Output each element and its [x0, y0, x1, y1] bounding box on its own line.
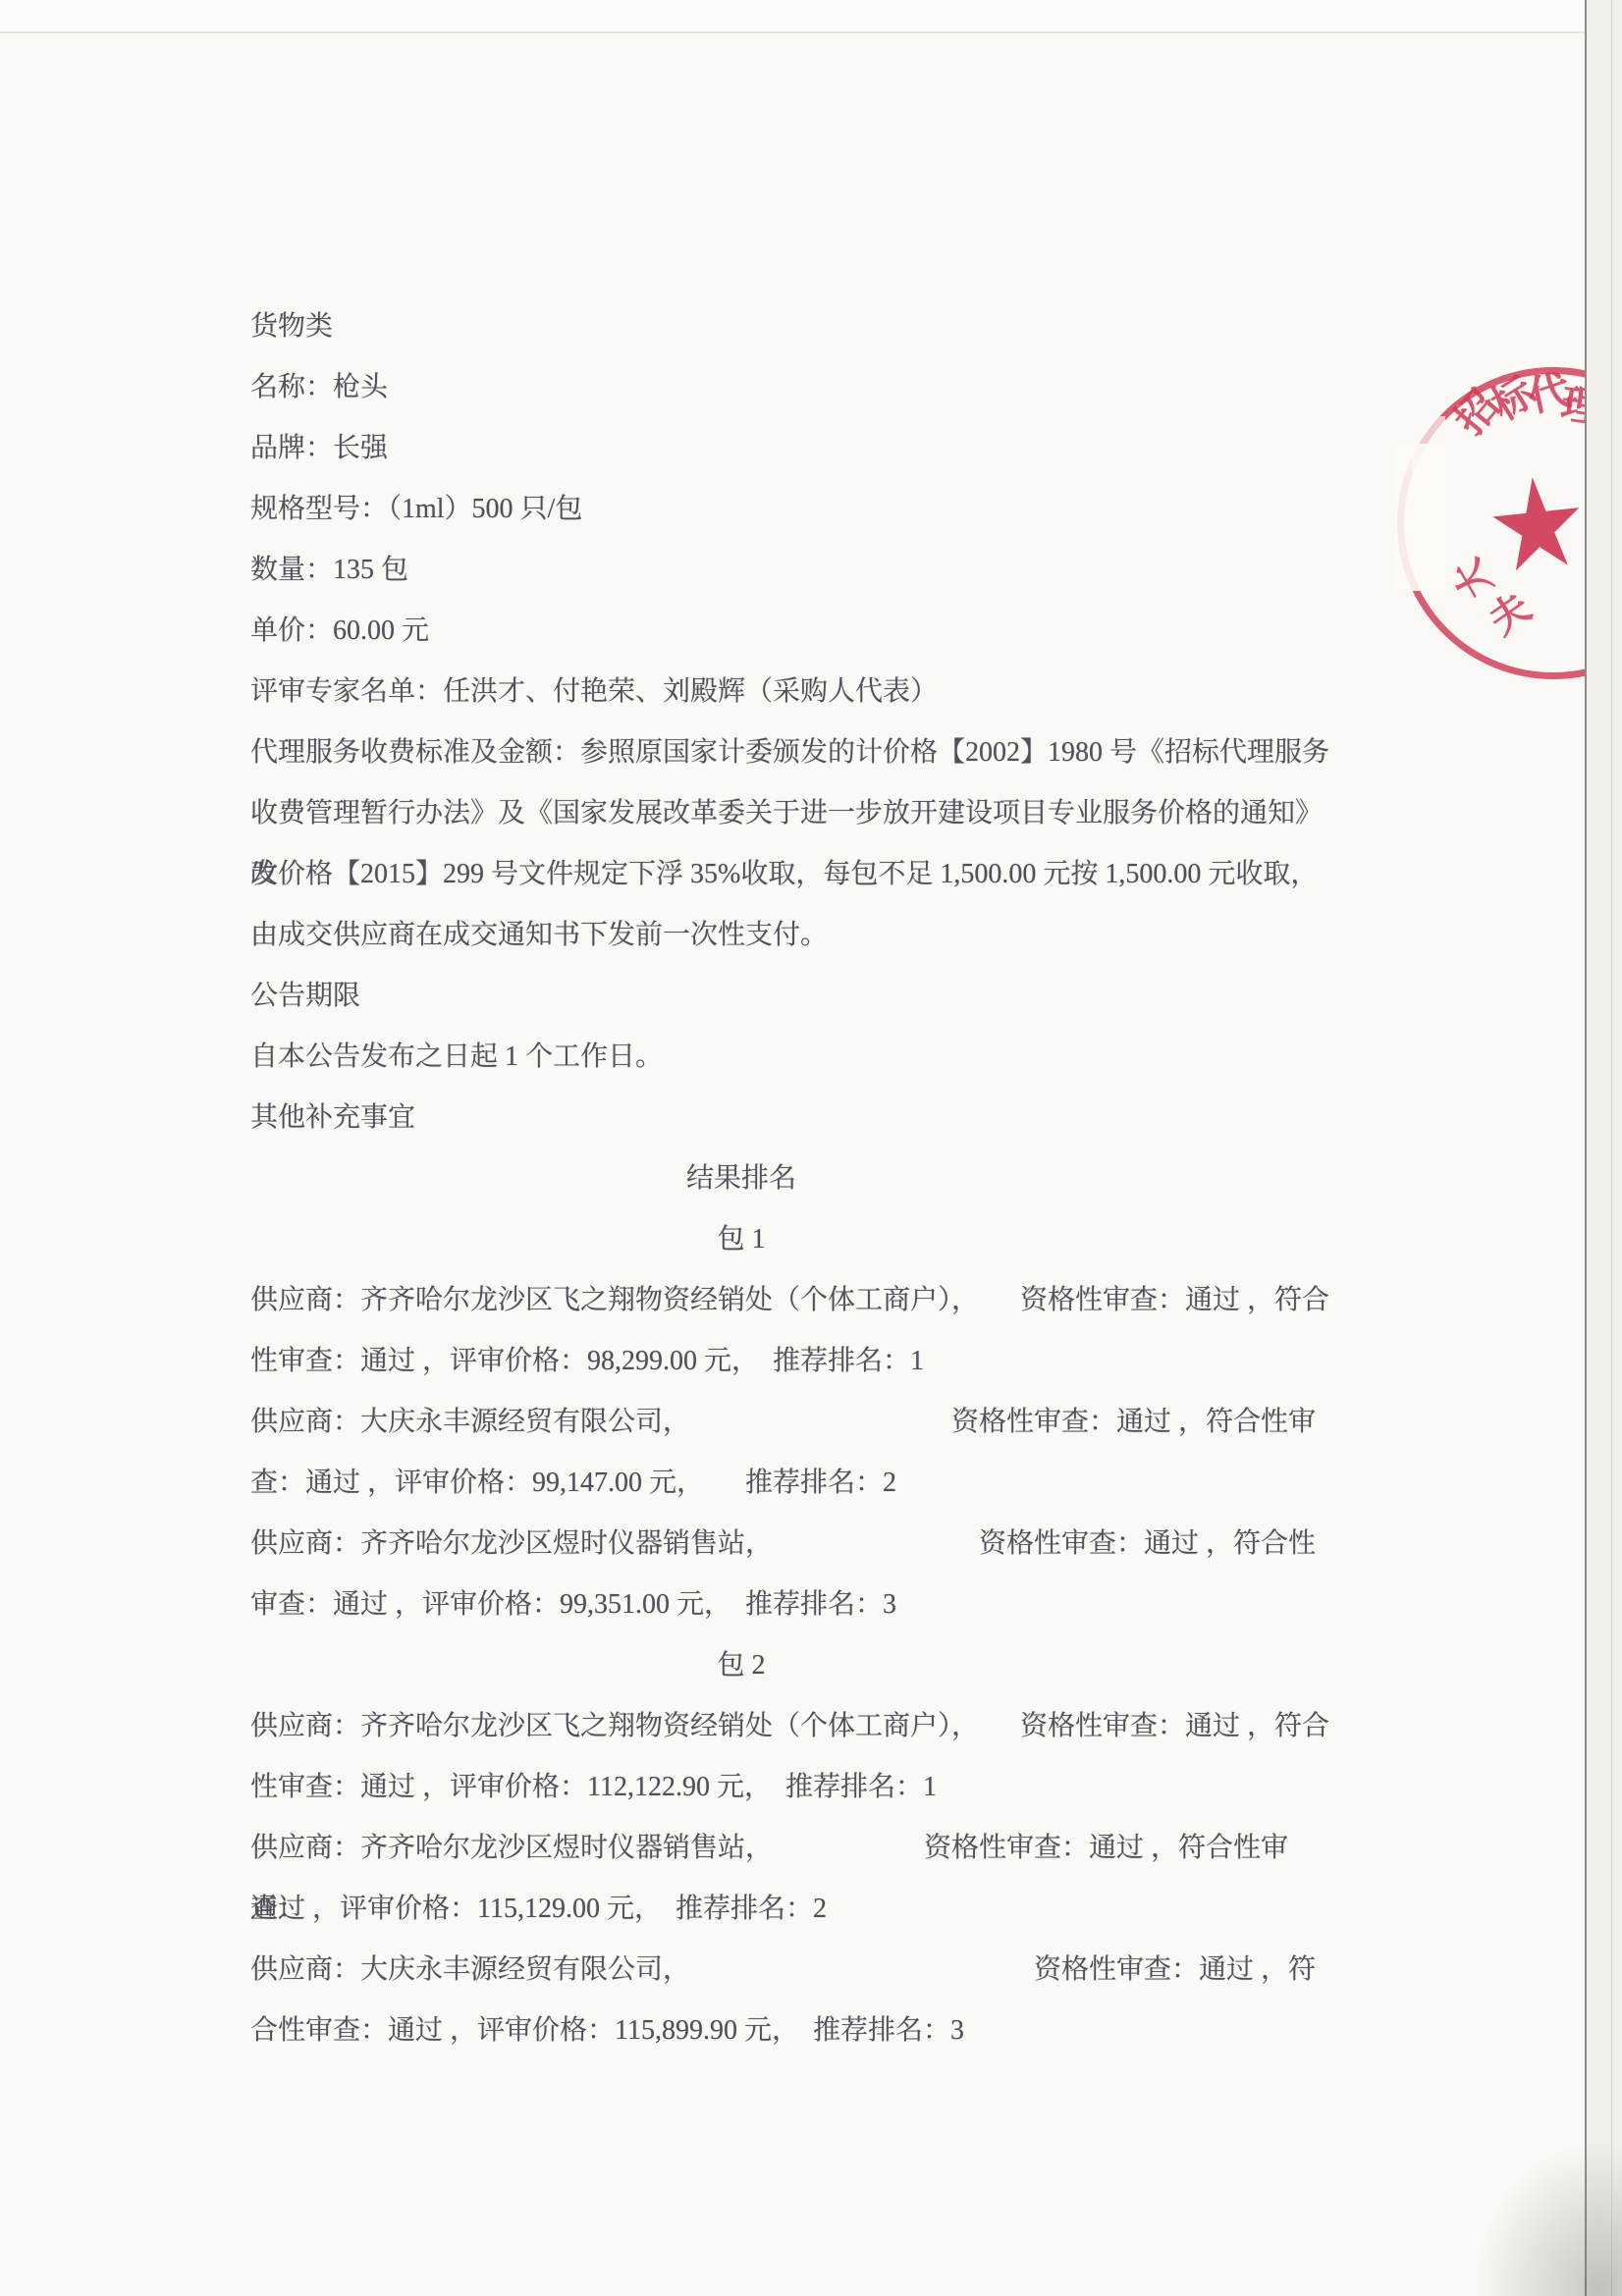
- pkg2-supplier1-line2: 性审查：通过 ，评审价格：112,122.90 元， 推荐排名：1: [250, 1757, 1335, 1818]
- official-red-stamp: 招 标 代 理 大 夫: [1394, 357, 1587, 681]
- spec-model: 规格型号：（1ml）500 只/包: [250, 479, 1335, 540]
- notice-period-heading: 公告期限: [250, 966, 1335, 1027]
- pkg1-supplier3-line2: 审查：通过 ，评审价格：99,351.00 元， 推荐排名：3: [250, 1575, 1335, 1635]
- scan-right-strip: [1587, 0, 1622, 2296]
- scan-edge-faint-line: [1611, 0, 1612, 2296]
- stamp-arc-character: 标: [1486, 371, 1542, 428]
- brand: 品牌：长强: [250, 418, 1335, 479]
- pkg1-supplier2-line2: 查：通过 ，评审价格：99,147.00 元， 推荐排名：2: [250, 1453, 1335, 1514]
- stamp-ring: [1397, 367, 1587, 679]
- pkg2-supplier3-line2: 合性审查：通过 ，评审价格：115,899.90 元， 推荐排名：3: [250, 2001, 1335, 2061]
- result-ranking-heading: 结果排名: [250, 1148, 1232, 1209]
- agency-fee-line-3: 改价格【2015】299 号文件规定下浮 35%收取，每包不足 1,500.00…: [250, 844, 1335, 905]
- stamp-ink-fade: [1394, 444, 1445, 591]
- corner-shadow: [1473, 2140, 1622, 2296]
- stamp-arc-character: 代: [1525, 370, 1574, 419]
- stamp-ink-fade: [1412, 416, 1445, 475]
- pkg2-supplier2-line1: 供应商：齐齐哈尔龙沙区煜时仪器销售站， 资格性审查：通过 ，符合性审查：: [250, 1818, 1335, 1879]
- stamp-star-icon: [1487, 472, 1587, 581]
- document-text-block: 货物类名称：枪头品牌：长强规格型号：（1ml）500 只/包数量：135 包单价…: [250, 296, 1335, 2061]
- unit-price: 单价：60.00 元: [250, 601, 1335, 662]
- agency-fee-line-4: 由成交供应商在成交通知书下发前一次性支付。: [250, 905, 1335, 966]
- stamp-bottom-character: 夫: [1483, 587, 1538, 642]
- pkg2-supplier3-line1: 供应商：大庆永丰源经贸有限公司， 资格性审查：通过 ，符: [250, 1940, 1335, 2001]
- pkg1-supplier3-line1: 供应商：齐齐哈尔龙沙区煜时仪器销售站， 资格性审查：通过 ，符合性: [250, 1514, 1335, 1575]
- pkg1-supplier1-line2: 性审查：通过 ，评审价格：98,299.00 元， 推荐排名：1: [250, 1331, 1335, 1392]
- package-2-heading: 包 2: [250, 1635, 1232, 1696]
- other-matters-heading: 其他补充事宜: [250, 1088, 1335, 1148]
- agency-fee-line-1: 代理服务收费标准及金额：参照原国家计委颁发的计价格【2002】1980 号《招标…: [250, 722, 1335, 783]
- pkg1-supplier1-line1: 供应商：齐齐哈尔龙沙区飞之翔物资经销处（个体工商户）， 资格性审查：通过 ，符合: [250, 1270, 1335, 1331]
- stamp-arc-character: 招: [1448, 384, 1506, 442]
- item-name: 名称：枪头: [250, 357, 1335, 418]
- category: 货物类: [250, 296, 1335, 357]
- quantity: 数量：135 包: [250, 540, 1335, 601]
- stamp-arc-character: 理: [1558, 384, 1587, 430]
- pkg2-supplier1-line1: 供应商：齐齐哈尔龙沙区飞之翔物资经销处（个体工商户）， 资格性审查：通过 ，符合: [250, 1696, 1335, 1757]
- paper-sheet: 货物类名称：枪头品牌：长强规格型号：（1ml）500 只/包数量：135 包单价…: [0, 33, 1587, 2296]
- stamp-bottom-character: 大: [1448, 553, 1499, 604]
- scan-top-strip: [0, 0, 1622, 33]
- agency-fee-line-2: 收费管理暂行办法》及《国家发展改革委关于进一步放开建设项目专业服务价格的通知》发: [250, 783, 1335, 844]
- pkg2-supplier2-line2: 通过 ，评审价格：115,129.00 元， 推荐排名：2: [250, 1879, 1335, 1940]
- scanned-page: 货物类名称：枪头品牌：长强规格型号：（1ml）500 只/包数量：135 包单价…: [0, 0, 1622, 2296]
- pkg1-supplier2-line1: 供应商：大庆永丰源经贸有限公司， 资格性审查：通过 ，符合性审: [250, 1392, 1335, 1453]
- package-1-heading: 包 1: [250, 1209, 1232, 1270]
- notice-period: 自本公告发布之日起 1 个工作日。: [250, 1027, 1335, 1088]
- expert-list: 评审专家名单：任洪才、付艳荣、刘殿辉（采购人代表）: [250, 662, 1335, 722]
